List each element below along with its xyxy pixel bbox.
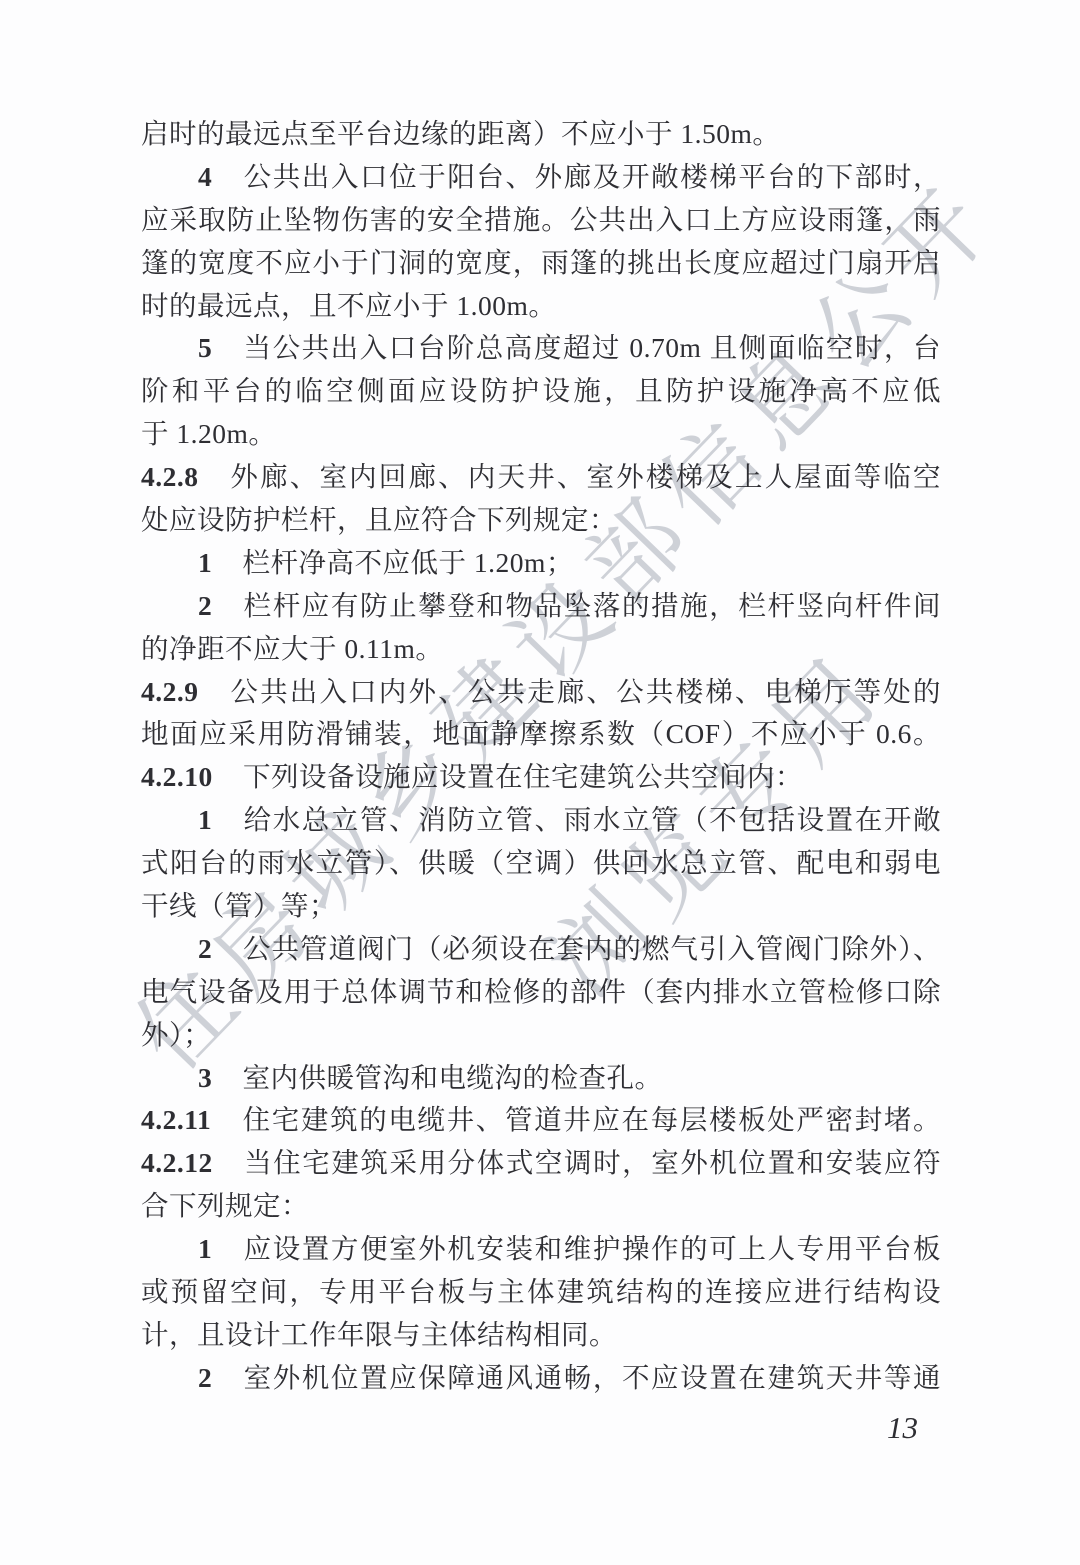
text-line: 3室内供暖管沟和电缆沟的检查孔。 [141, 1057, 941, 1100]
line-text: 外）； [141, 1019, 211, 1050]
line-text: 栏杆应有防止攀登和物品坠落的措施，栏杆竖向杆件间 [243, 590, 942, 621]
clause-number: 4 [198, 161, 212, 192]
text-line: 应采取防止坠物伤害的安全措施。公共出入口上方应设雨篷，雨 [141, 199, 941, 242]
line-text: 外廊、室内回廊、内天井、室外楼梯及上人屋面等临空 [229, 461, 941, 492]
text-lines: 启时的最远点至平台边缘的距离）不应小于 1.50m。4公共出入口位于阳台、外廊及… [141, 113, 941, 1400]
line-text: 处应设防护栏杆，且应符合下列规定： [141, 504, 617, 535]
text-line: 合下列规定： [141, 1185, 941, 1228]
clause-number: 3 [198, 1062, 212, 1093]
text-line: 4.2.9公共出入口内外、公共走廊、公共楼梯、电梯厅等处的 [141, 671, 941, 714]
text-line: 干线（管）等； [141, 885, 941, 928]
clause-number: 2 [198, 933, 212, 964]
text-line: 4.2.8外廊、室内回廊、内天井、室外楼梯及上人屋面等临空 [141, 456, 941, 499]
line-text: 室内供暖管沟和电缆沟的检查孔。 [243, 1062, 663, 1093]
line-text: 给水总立管、消防立管、雨水立管（不包括设置在开敞 [243, 804, 942, 835]
clause-number: 1 [198, 547, 212, 578]
line-text: 应采取防止坠物伤害的安全措施。公共出入口上方应设雨篷，雨 [141, 204, 941, 235]
line-text: 栏杆净高不应低于 1.20m； [243, 547, 574, 578]
text-line: 启时的最远点至平台边缘的距离）不应小于 1.50m。 [141, 113, 941, 156]
text-line: 篷的宽度不应小于门洞的宽度，雨篷的挑出长度应超过门扇开启 [141, 242, 941, 285]
line-text: 合下列规定： [141, 1190, 309, 1221]
line-text: 公共出入口位于阳台、外廊及开敞楼梯平台的下部时， [243, 161, 942, 192]
text-line: 4.2.11住宅建筑的电缆井、管道井应在每层楼板处严密封堵。 [141, 1099, 941, 1142]
line-text: 干线（管）等； [141, 890, 337, 921]
text-line: 2室外机位置应保障通风通畅，不应设置在建筑天井等通 [141, 1357, 941, 1400]
line-text: 公共管道阀门（必须设在套内的燃气引入管阀门除外）、 [243, 933, 942, 964]
line-text: 电气设备及用于总体调节和检修的部件（套内排水立管检修口除 [141, 976, 941, 1007]
text-line: 的净距不应大于 0.11m。 [141, 628, 941, 671]
line-text: 计，且设计工作年限与主体结构相同。 [141, 1319, 617, 1350]
line-text: 时的最远点，且不应小于 1.00m。 [141, 290, 556, 321]
text-line: 于 1.20m。 [141, 413, 941, 456]
text-line: 4公共出入口位于阳台、外廊及开敞楼梯平台的下部时， [141, 156, 941, 199]
line-text: 下列设备设施应设置在住宅建筑公共空间内： [243, 761, 803, 792]
line-text: 篷的宽度不应小于门洞的宽度，雨篷的挑出长度应超过门扇开启 [141, 247, 941, 278]
text-line: 5当公共出入口台阶总高度超过 0.70m 且侧面临空时，台 [141, 327, 941, 370]
line-text: 式阳台的雨水立管）、供暖（空调）供回水总立管、配电和弱电 [141, 847, 941, 878]
text-line: 计，且设计工作年限与主体结构相同。 [141, 1314, 941, 1357]
line-text: 阶和平台的临空侧面应设防护设施，且防护设施净高不应低 [141, 375, 941, 406]
line-text: 地面应采用防滑铺装，地面静摩擦系数（COF）不应小于 0.6。 [141, 718, 941, 749]
line-text: 的净距不应大于 0.11m。 [141, 633, 443, 664]
clause-number: 5 [198, 332, 212, 363]
clause-number: 4.2.11 [141, 1104, 211, 1135]
clause-number: 1 [198, 804, 212, 835]
document-page: 住房城乡建设部信息公开 浏览专用 启时的最远点至平台边缘的距离）不应小于 1.5… [0, 0, 1080, 1565]
text-line: 式阳台的雨水立管）、供暖（空调）供回水总立管、配电和弱电 [141, 842, 941, 885]
clause-number: 4.2.9 [141, 676, 199, 707]
text-line: 4.2.10下列设备设施应设置在住宅建筑公共空间内： [141, 756, 941, 799]
line-text: 当公共出入口台阶总高度超过 0.70m 且侧面临空时，台 [243, 332, 942, 363]
text-line: 2栏杆应有防止攀登和物品坠落的措施，栏杆竖向杆件间 [141, 585, 941, 628]
line-text: 或预留空间，专用平台板与主体建筑结构的连接应进行结构设 [141, 1276, 941, 1307]
line-text: 启时的最远点至平台边缘的距离）不应小于 1.50m。 [141, 118, 780, 149]
line-text: 室外机位置应保障通风通畅，不应设置在建筑天井等通 [243, 1362, 942, 1393]
clause-number: 1 [198, 1233, 212, 1264]
text-line: 2公共管道阀门（必须设在套内的燃气引入管阀门除外）、 [141, 928, 941, 971]
text-line: 外）； [141, 1014, 941, 1057]
text-line: 处应设防护栏杆，且应符合下列规定： [141, 499, 941, 542]
text-line: 4.2.12当住宅建筑采用分体式空调时，室外机位置和安装应符 [141, 1142, 941, 1185]
text-line: 或预留空间，专用平台板与主体建筑结构的连接应进行结构设 [141, 1271, 941, 1314]
text-line: 地面应采用防滑铺装，地面静摩擦系数（COF）不应小于 0.6。 [141, 713, 941, 756]
text-line: 时的最远点，且不应小于 1.00m。 [141, 285, 941, 328]
clause-number: 2 [198, 1362, 212, 1393]
line-text: 应设置方便室外机安装和维护操作的可上人专用平台板 [243, 1233, 942, 1264]
clause-number: 4.2.12 [141, 1147, 213, 1178]
text-line: 电气设备及用于总体调节和检修的部件（套内排水立管检修口除 [141, 971, 941, 1014]
text-line: 1栏杆净高不应低于 1.20m； [141, 542, 941, 585]
clause-number: 2 [198, 590, 212, 621]
line-text: 公共出入口内外、公共走廊、公共楼梯、电梯厅等处的 [229, 676, 941, 707]
text-line: 1应设置方便室外机安装和维护操作的可上人专用平台板 [141, 1228, 941, 1271]
clause-number: 4.2.10 [141, 761, 213, 792]
text-line: 阶和平台的临空侧面应设防护设施，且防护设施净高不应低 [141, 370, 941, 413]
clause-number: 4.2.8 [141, 461, 199, 492]
text-line: 1给水总立管、消防立管、雨水立管（不包括设置在开敞 [141, 799, 941, 842]
line-text: 住宅建筑的电缆井、管道井应在每层楼板处严密封堵。 [241, 1104, 941, 1135]
page-number: 13 [141, 1410, 918, 1446]
line-text: 当住宅建筑采用分体式空调时，室外机位置和安装应符 [243, 1147, 941, 1178]
line-text: 于 1.20m。 [141, 418, 276, 449]
